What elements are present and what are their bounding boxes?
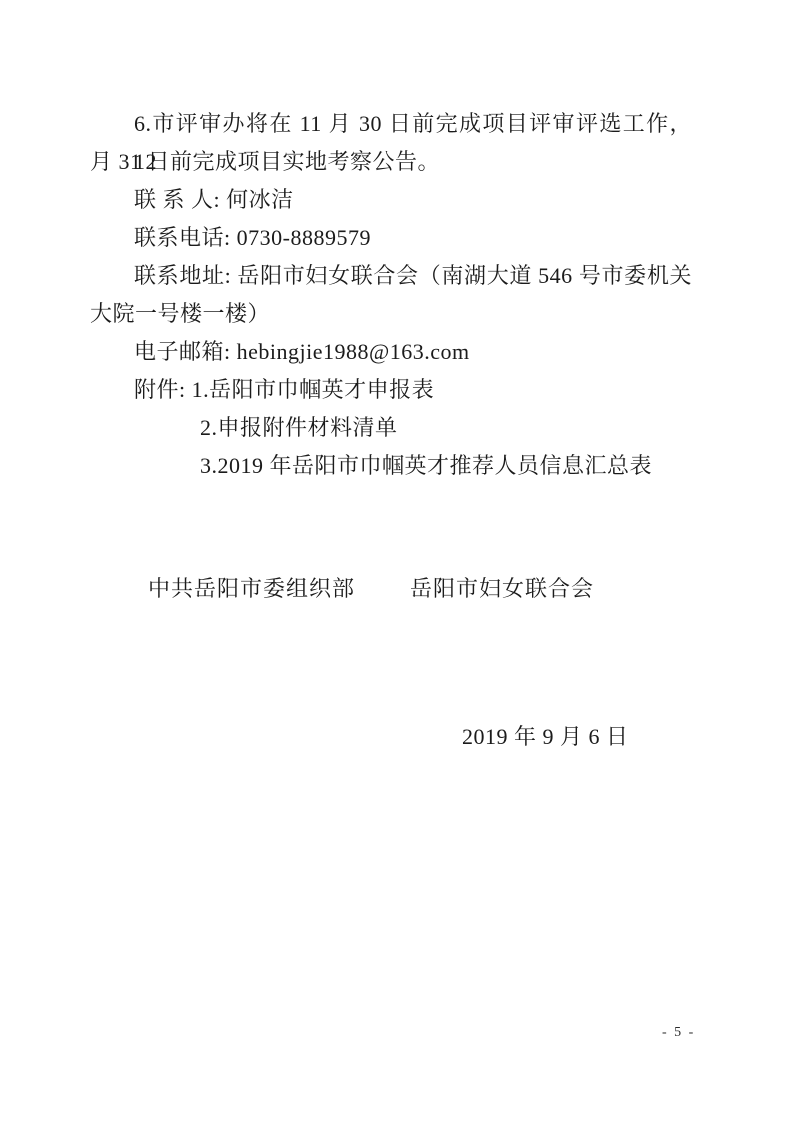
contact-person-line: 联 系 人: 何冰洁 <box>90 181 692 219</box>
attachments-line-2: 2.申报附件材料清单 <box>90 409 692 447</box>
signature-org-right: 岳阳市妇女联合会 <box>410 570 594 608</box>
contact-address-line-1: 联系地址: 岳阳市妇女联合会（南湖大道 546 号市委机关 <box>90 257 692 295</box>
contact-email-line: 电子邮箱: hebingjie1988@163.com <box>90 333 692 371</box>
page-number: - 5 - <box>662 1024 695 1042</box>
contact-address-line-2: 大院一号楼一楼） <box>90 295 692 333</box>
attachments-line-1: 附件: 1.岳阳市巾帼英才申报表 <box>90 371 692 409</box>
body-line-deadline-1: 6.市评审办将在 11 月 30 日前完成项目评审评选工作，12 <box>90 105 692 143</box>
document-page: 6.市评审办将在 11 月 30 日前完成项目评审评选工作，12 月 31 日前… <box>0 0 793 1122</box>
attachments-line-3: 3.2019 年岳阳市巾帼英才推荐人员信息汇总表 <box>90 447 692 485</box>
signature-row: 中共岳阳市委组织部 岳阳市妇女联合会 <box>0 570 793 608</box>
document-body: 6.市评审办将在 11 月 30 日前完成项目评审评选工作，12 月 31 日前… <box>90 105 692 485</box>
signature-org-left: 中共岳阳市委组织部 <box>148 570 355 608</box>
contact-phone-line: 联系电话: 0730-8889579 <box>90 219 692 257</box>
document-date: 2019 年 9 月 6 日 <box>462 722 629 752</box>
body-line-deadline-2: 月 31 日前完成项目实地考察公告。 <box>90 143 692 181</box>
